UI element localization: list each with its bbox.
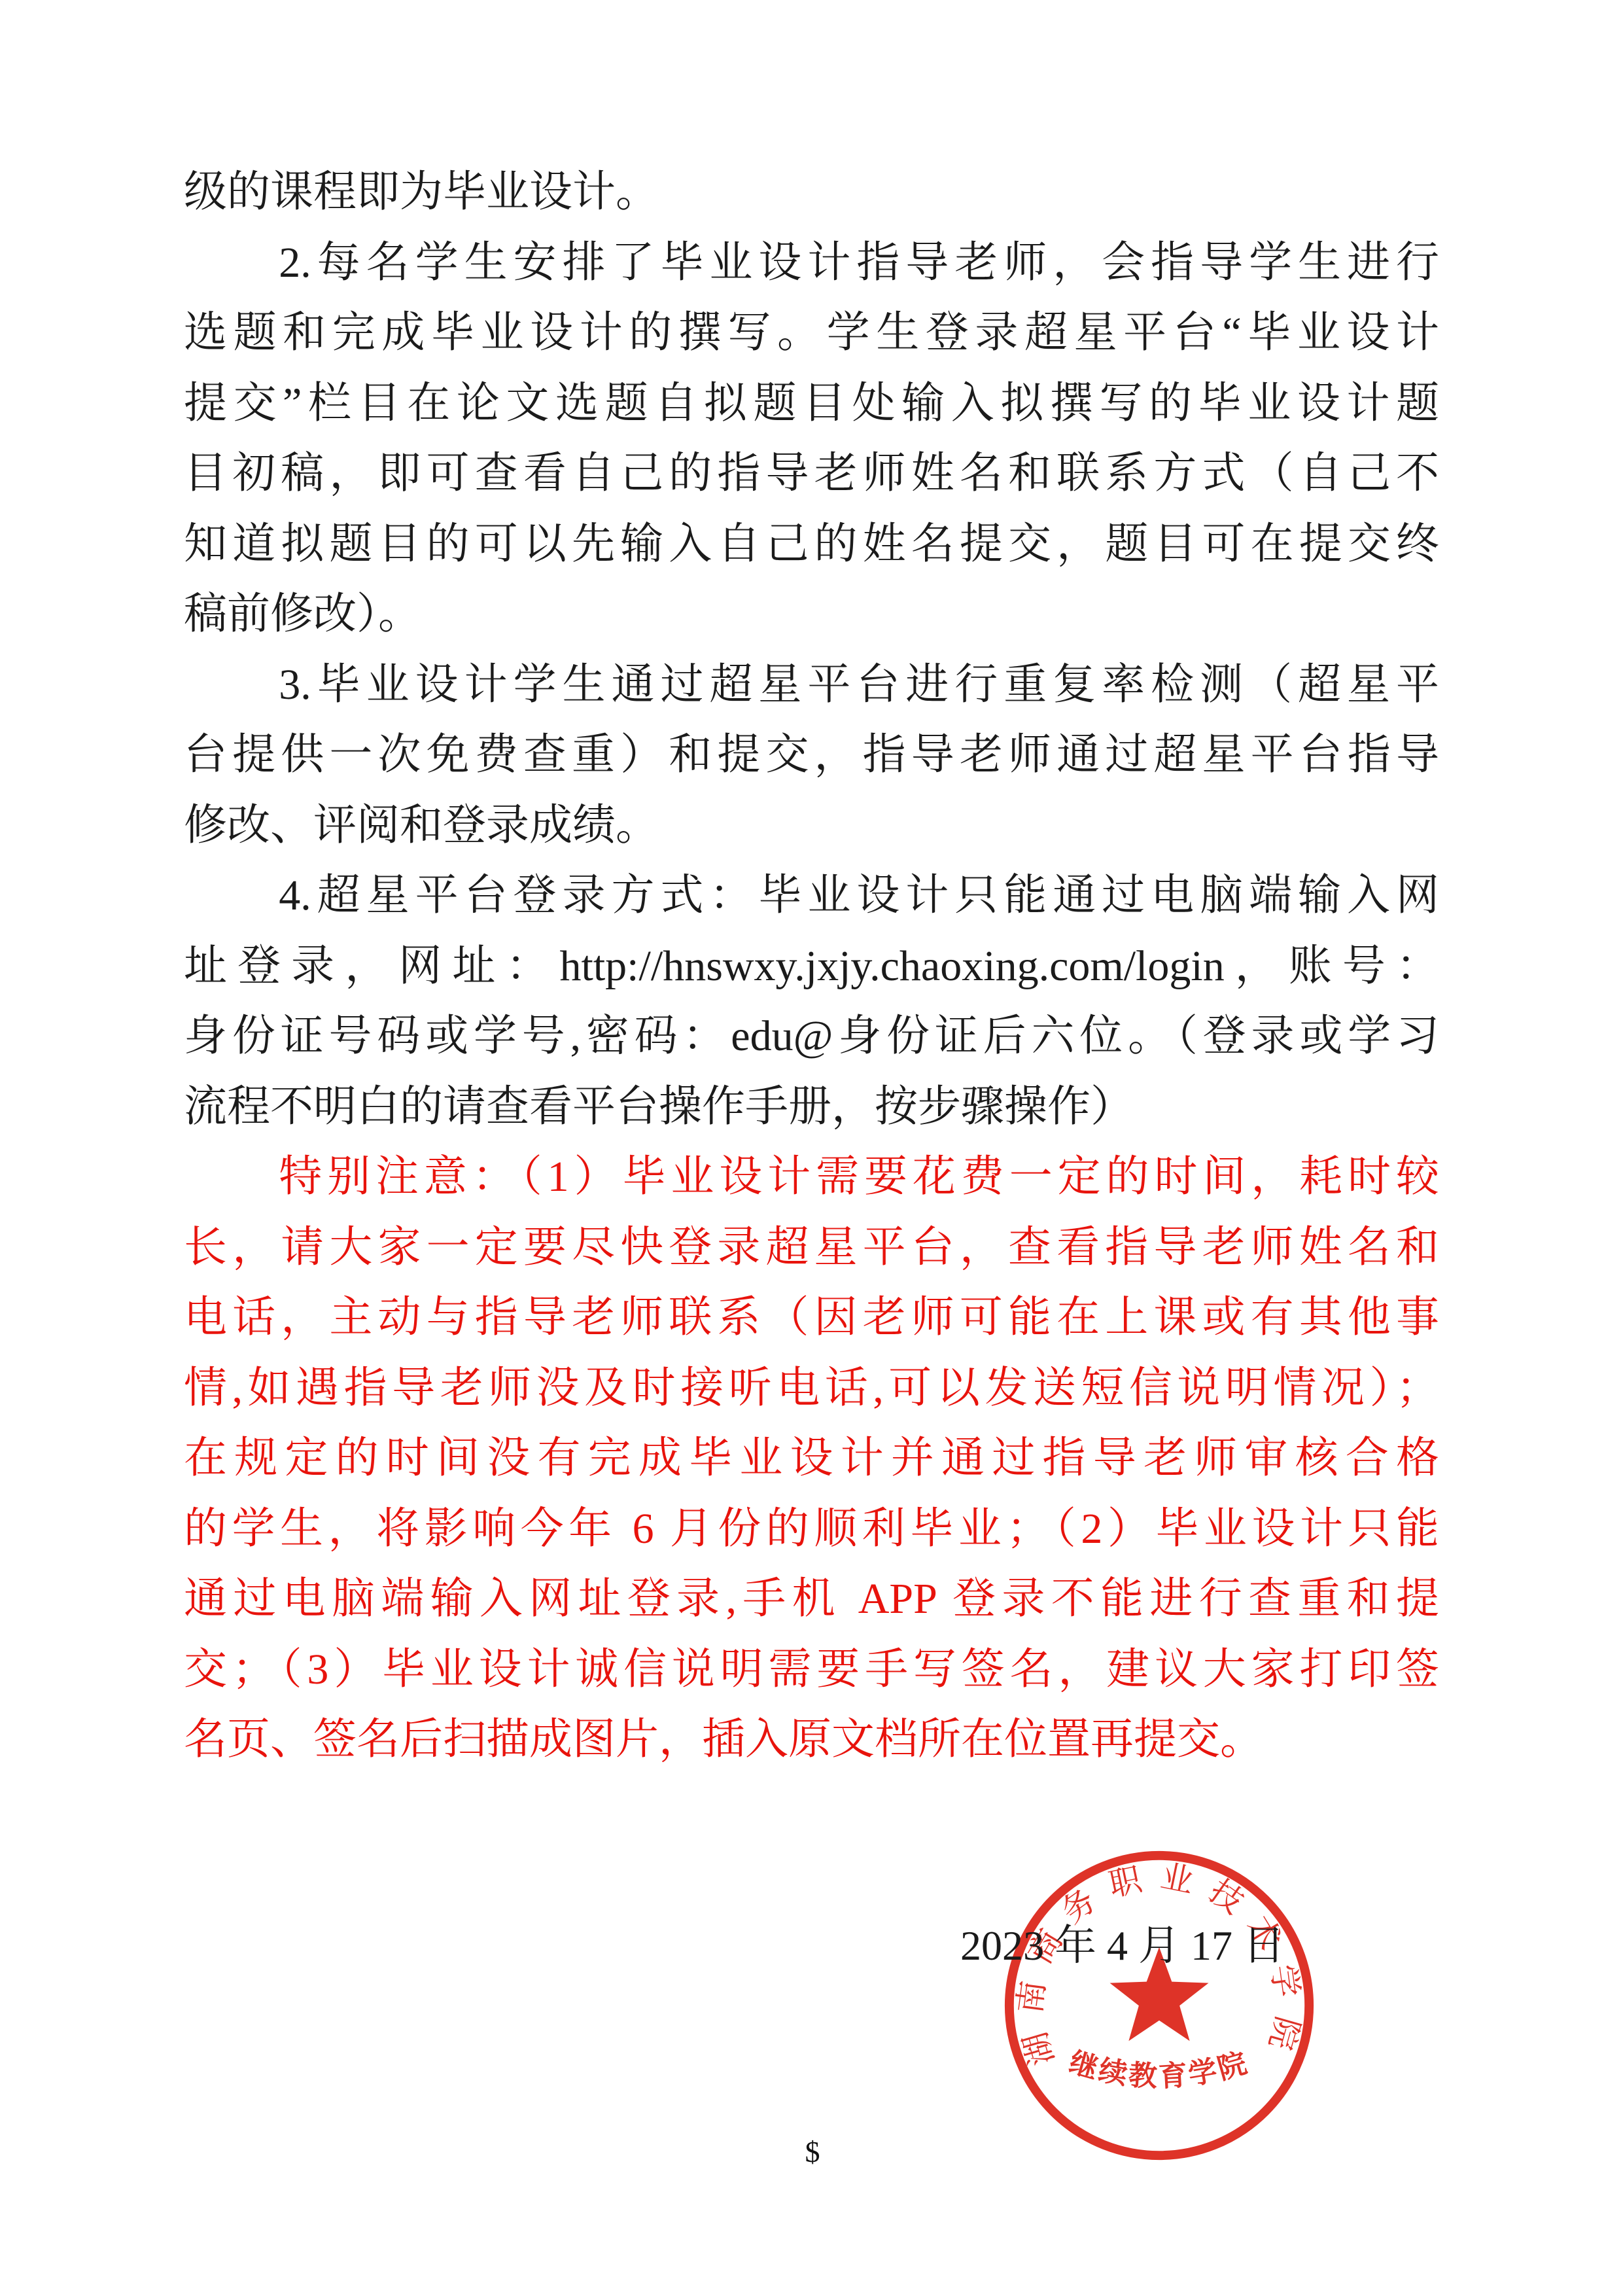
body-line: 知道拟题目的可以先输入自己的姓名提交，题目可在提交终 (184, 509, 1439, 580)
svg-text:继续教育学院: 继续教育学院 (1066, 2047, 1253, 2093)
body-line: 身份证号码或学号,密码：edu@身份证后六位。（登录或学习 (184, 1001, 1439, 1072)
body-line: 2.每名学生安排了毕业设计指导老师，会指导学生进行 (184, 228, 1439, 298)
body-line: 3.毕业设计学生通过超星平台进行重复率检测（超星平 (184, 650, 1439, 720)
body-line: 选题和完成毕业设计的撰写。学生登录超星平台“毕业设计 (184, 298, 1439, 368)
body-line: 台提供一次免费查重）和提交，指导老师通过超星平台指导 (184, 720, 1439, 790)
body-line: 流程不明白的请查看平台操作手册，按步骤操作） (184, 1072, 1439, 1142)
notice-line: 电话，主动与指导老师联系（因老师可能在上课或有其他事 (184, 1282, 1439, 1353)
document-date: 2023 年 4 月 17 日 (960, 1912, 1285, 1972)
body-line: 稿前修改）。 (184, 579, 1439, 650)
notice-line: 的学生，将影响今年 6 月份的顺利毕业；（2）毕业设计只能 (184, 1494, 1439, 1564)
body-line: 提交”栏目在论文选题自拟题目处输入拟撰写的毕业设计题 (184, 368, 1439, 439)
official-seal-stamp: 湖南商务职业技术学院 继续教育学院 (997, 1843, 1321, 2168)
notice-line: 在规定的时间没有完成毕业设计并通过指导老师审核合格 (184, 1423, 1439, 1494)
notice-line: 长，请大家一定要尽快登录超星平台，查看指导老师姓名和 (184, 1212, 1439, 1283)
seal-bottom-text: 继续教育学院 (1066, 2047, 1253, 2093)
document-body: 级的课程即为毕业设计。 2.每名学生安排了毕业设计指导老师，会指导学生进行 选题… (184, 157, 1439, 1775)
notice-line: 交；（3）毕业设计诚信说明需要手写签名，建议大家打印签 (184, 1634, 1439, 1705)
body-line: 修改、评阅和登录成绩。 (184, 790, 1439, 861)
notice-line: 名页、签名后扫描成图片，插入原文档所在位置再提交。 (184, 1704, 1439, 1775)
body-line: 目初稿，即可查看自己的指导老师姓名和联系方式（自己不 (184, 438, 1439, 509)
notice-line: 特别注意：（1）毕业设计需要花费一定的时间，耗时较 (184, 1142, 1439, 1212)
body-line: 4.超星平台登录方式：毕业设计只能通过电脑端输入网 (184, 860, 1439, 931)
body-line-url: 址登录，网址：http://hnswxy.jxjy.chaoxing.com/l… (184, 931, 1439, 1002)
page-number: $ (793, 2134, 832, 2169)
document-page: 级的课程即为毕业设计。 2.每名学生安排了毕业设计指导老师，会指导学生进行 选题… (0, 0, 1623, 2296)
notice-line: 通过电脑端输入网址登录,手机 APP 登录不能进行查重和提 (184, 1564, 1439, 1634)
notice-line: 情,如遇指导老师没及时接听电话,可以发送短信说明情况）； (184, 1353, 1439, 1424)
body-line: 级的课程即为毕业设计。 (184, 157, 1439, 228)
